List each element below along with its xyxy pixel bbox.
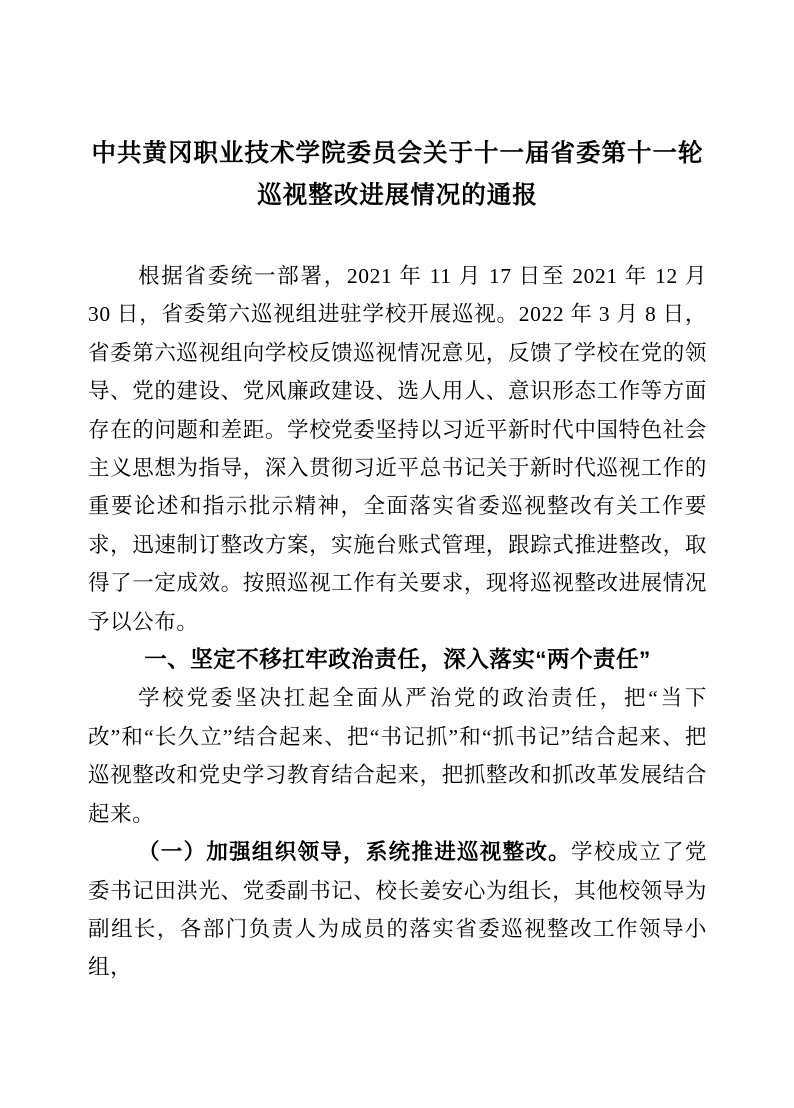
document-body: 根据省委统一部署，2021 年 11 月 17 日至 2021 年 12 月 3… [88,257,707,987]
paragraph-section-one: 学校党委坚决扛起全面从严治党的政治责任，把“当下改”和“长久立”结合起来、把“书… [88,679,707,833]
document-title: 中共黄冈职业技术学院委员会关于十一届省委第十一轮 巡视整改进展情况的通报 [88,133,707,217]
document-title-line-1: 中共黄冈职业技术学院委员会关于十一届省委第十一轮 [88,133,707,175]
document-title-line-2: 巡视整改进展情况的通报 [88,175,707,217]
paragraph-introduction: 根据省委统一部署，2021 年 11 月 17 日至 2021 年 12 月 3… [88,257,707,641]
paragraph-subsection-one: （一）加强组织领导，系统推进巡视整改。学校成立了党委书记田洪光、党委副书记、校长… [88,833,707,987]
document-page: 中共黄冈职业技术学院委员会关于十一届省委第十一轮 巡视整改进展情况的通报 根据省… [0,0,794,1108]
subsection-one-lead: （一）加强组织领导，系统推进巡视整改。 [138,840,571,864]
section-heading-one: 一、坚定不移扛牢政治责任，深入落实“两个责任” [88,641,707,679]
